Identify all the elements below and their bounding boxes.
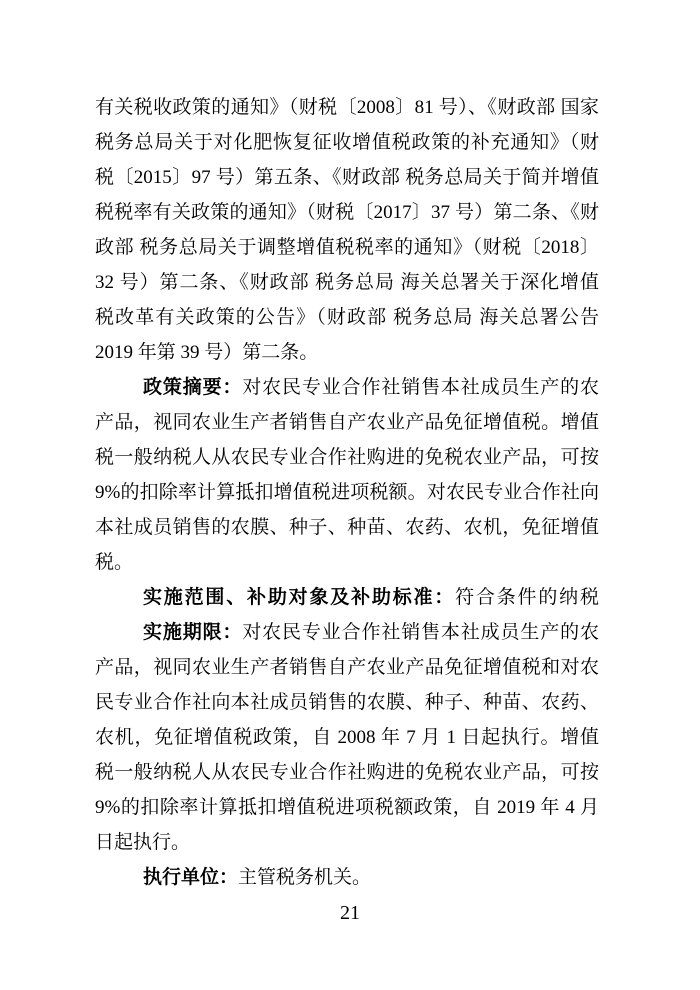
text-segment: 税一般纳税人从农民专业合作社购进的免税农业产品，可按 [95,447,599,468]
text-line: 日起执行。 [95,825,599,860]
text-segment: 2019 年第 39 号）第二条。 [95,342,318,363]
text-segment: 32 号）第二条、《财政部 税务总局 海关总署关于深化增值 [95,272,599,293]
document-page: 有关税收政策的通知》（财税〔2008〕81 号）、《财政部 国家税务总局关于对化… [0,0,700,990]
text-segment: 税。 [95,552,133,573]
text-segment: 民专业合作社向本社成员销售的农膜、种子、种苗、农药、 [95,692,599,713]
text-line: 2019 年第 39 号）第二条。 [95,335,599,370]
heading-label: 实施期限： [143,622,242,643]
text-segment: 9%的扣除率计算抵扣增值税进项税额。对农民专业合作社向 [95,482,599,503]
heading-label: 政策摘要： [143,377,242,398]
text-line: 实施范围、补助对象及补助标准：符合条件的纳税人。 [95,580,599,615]
text-line: 税一般纳税人从农民专业合作社购进的免税农业产品，可按 [95,440,599,475]
text-line: 32 号）第二条、《财政部 税务总局 海关总署关于深化增值 [95,265,599,300]
text-segment: 税〔2015〕97 号）第五条、《财政部 税务总局关于简并增值 [95,167,599,188]
text-line: 税一般纳税人从农民专业合作社购进的免税农业产品，可按 [95,755,599,790]
text-line: 实施期限：对农民专业合作社销售本社成员生产的农业 [95,615,599,650]
text-segment: 政部 税务总局关于调整增值税税率的通知》（财税〔2018〕 [95,237,599,258]
text-line: 产品，视同农业生产者销售自产农业产品免征增值税和对农 [95,650,599,685]
text-segment: 有关税收政策的通知》（财税〔2008〕81 号）、《财政部 国家 [95,97,599,118]
text-segment: 农机，免征增值税政策，自 2008 年 7 月 1 日起执行。增值 [95,727,599,748]
text-line: 政部 税务总局关于调整增值税税率的通知》（财税〔2018〕 [95,230,599,265]
text-line: 税务总局关于对化肥恢复征收增值税政策的补充通知》（财 [95,125,599,160]
text-line: 税〔2015〕97 号）第五条、《财政部 税务总局关于简并增值 [95,160,599,195]
page-number: 21 [0,900,700,926]
heading-label: 实施范围、补助对象及补助标准： [143,587,455,608]
text-line: 9%的扣除率计算抵扣增值税进项税额政策，自 2019 年 4 月 1 [95,790,599,825]
text-line: 有关税收政策的通知》（财税〔2008〕81 号）、《财政部 国家 [95,90,599,125]
text-line: 政策摘要：对农民专业合作社销售本社成员生产的农业 [95,370,599,405]
text-line: 产品，视同农业生产者销售自产农业产品免征增值税。增值 [95,405,599,440]
text-segment: 税一般纳税人从农民专业合作社购进的免税农业产品，可按 [95,762,599,783]
text-segment: 9%的扣除率计算抵扣增值税进项税额政策，自 2019 年 4 月 1 [95,797,599,825]
heading-label: 执行单位： [143,867,238,888]
text-line: 9%的扣除率计算抵扣增值税进项税额。对农民专业合作社向 [95,475,599,510]
text-segment: 产品，视同农业生产者销售自产农业产品免征增值税和对农 [95,657,599,678]
text-segment: 主管税务机关。 [238,867,371,888]
text-line: 农机，免征增值税政策，自 2008 年 7 月 1 日起执行。增值 [95,720,599,755]
text-segment: 税税率有关政策的通知》（财税〔2017〕37 号）第二条、《财 [95,202,599,223]
text-line: 税改革有关政策的公告》（财政部 税务总局 海关总署公告 [95,300,599,335]
text-segment: 税务总局关于对化肥恢复征收增值税政策的补充通知》（财 [95,132,599,153]
text-line: 税。 [95,545,599,580]
text-line: 本社成员销售的农膜、种子、种苗、农药、农机，免征增值 [95,510,599,545]
text-segment: 产品，视同农业生产者销售自产农业产品免征增值税。增值 [95,412,599,433]
text-line: 执行单位：主管税务机关。 [95,860,599,895]
text-block: 有关税收政策的通知》（财税〔2008〕81 号）、《财政部 国家税务总局关于对化… [95,90,599,895]
text-segment: 本社成员销售的农膜、种子、种苗、农药、农机，免征增值 [95,517,599,538]
text-line: 民专业合作社向本社成员销售的农膜、种子、种苗、农药、 [95,685,599,720]
text-line: 税税率有关政策的通知》（财税〔2017〕37 号）第二条、《财 [95,195,599,230]
text-segment: 日起执行。 [95,832,190,853]
text-segment: 税改革有关政策的公告》（财政部 税务总局 海关总署公告 [95,307,599,328]
